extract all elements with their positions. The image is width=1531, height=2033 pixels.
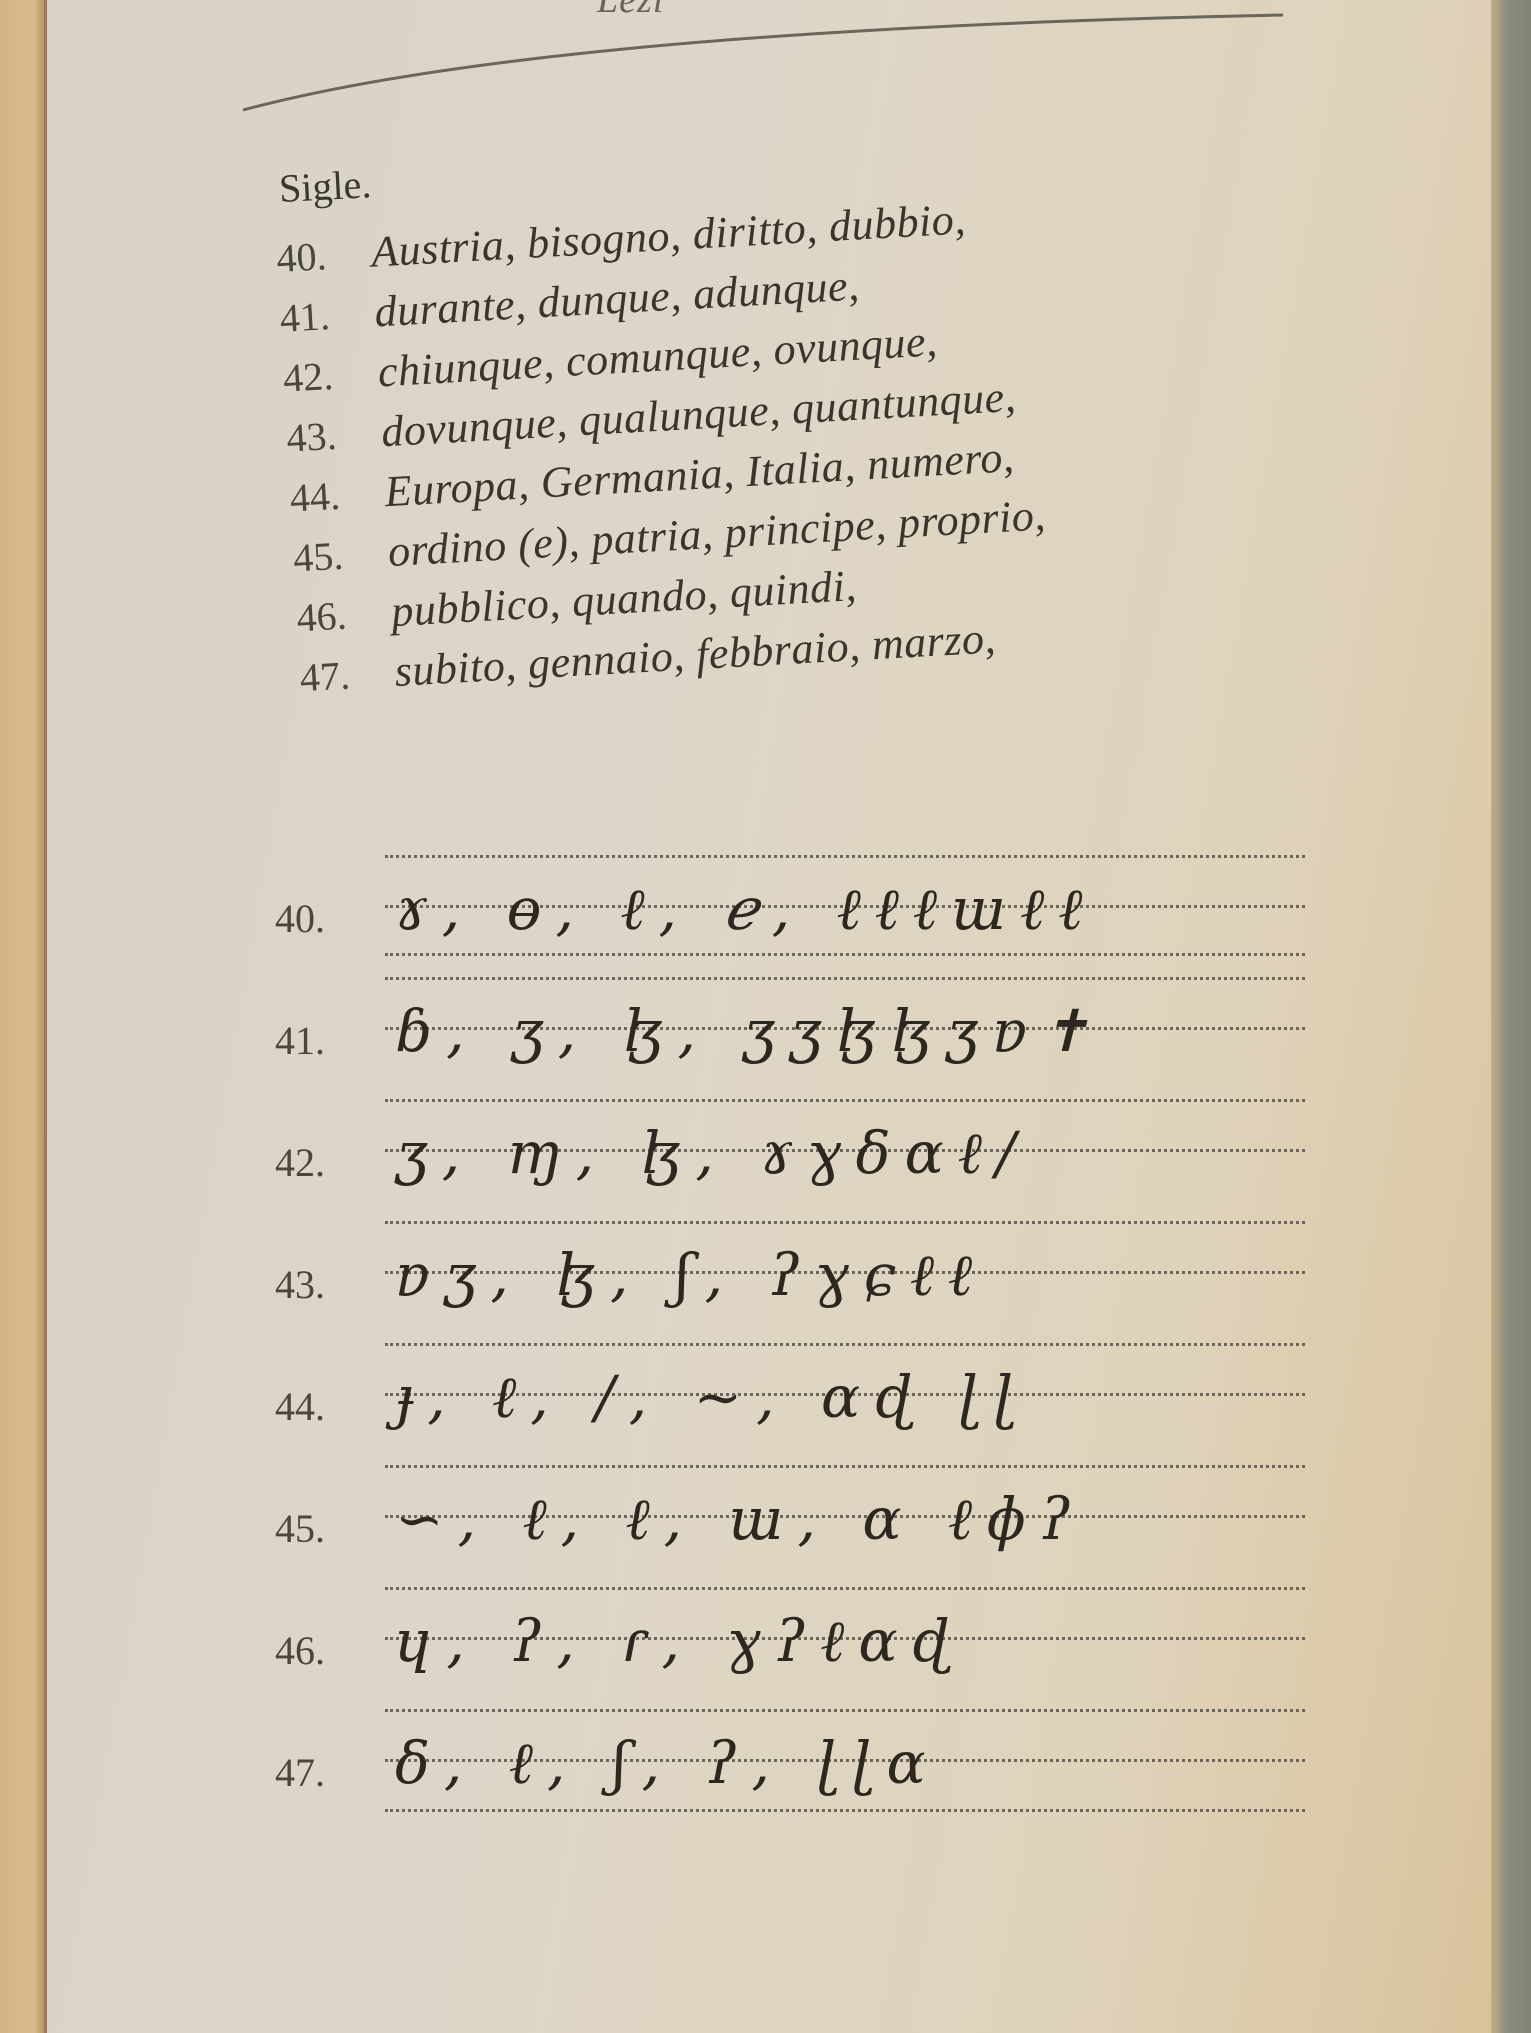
dotted-guide-line	[385, 1709, 1305, 1712]
dotted-guide-line	[385, 1465, 1305, 1468]
row-number: 47.	[275, 1749, 325, 1796]
dotted-guide-line	[385, 1221, 1305, 1224]
book-page: Lezi Sigle. 40.Austria, bisogno, diritto…	[44, 0, 1507, 2033]
handwritten-shorthand: ∽, ℓ, ℓ, ɯ, ɑ ℓɸʔ	[395, 1485, 1085, 1553]
row-number: 43.	[275, 1261, 325, 1308]
dotted-guide-line	[385, 977, 1305, 980]
item-number: 46.	[295, 589, 392, 641]
item-number: 41.	[279, 290, 376, 342]
item-number: 47.	[299, 649, 396, 701]
exercise-row: 41. ɓ, ʒ, ɮ, ʒʒɮɮʒɐ✝	[275, 977, 1335, 1099]
printed-word-list: 40.Austria, bisogno, diritto, dubbio, 41…	[275, 190, 1054, 711]
section-title: Sigle.	[278, 160, 373, 212]
dotted-guide-line	[385, 953, 1305, 956]
item-number: 45.	[292, 529, 389, 581]
row-number: 46.	[275, 1627, 325, 1674]
exercise-row: 47. δ, ℓ, ʃ, ʔ, ɭɭɑ	[275, 1709, 1335, 1831]
exercise-row: 42. ʒ, ɱ, ɮ, ɤɣδɑℓ/	[275, 1099, 1335, 1221]
row-number: 41.	[275, 1017, 325, 1064]
exercise-row: 40. ɤ, ɵ, ℓ, ℯ, ℓℓℓɯℓℓ	[275, 855, 1335, 977]
handwritten-shorthand: ʒ, ɱ, ɮ, ɤɣδɑℓ/	[395, 1119, 1029, 1187]
item-number: 44.	[289, 469, 386, 521]
row-number: 45.	[275, 1505, 325, 1552]
facing-page-edge	[0, 0, 48, 2033]
exercise-row: 46. ɥ, ʔ, ɾ, ɣʔℓɑɖ	[275, 1587, 1335, 1709]
handwritten-shorthand: ɐʒ, ɮ, ʃ, ʔɣɕℓℓ	[395, 1241, 986, 1309]
item-number: 40.	[275, 230, 372, 282]
dotted-guide-line	[385, 1587, 1305, 1590]
row-number: 42.	[275, 1139, 325, 1186]
dotted-guide-line	[385, 855, 1305, 858]
exercise-row: 45. ∽, ℓ, ℓ, ɯ, ɑ ℓɸʔ	[275, 1465, 1335, 1587]
dotted-guide-line	[385, 1809, 1305, 1812]
handwritten-shorthand: ɥ, ʔ, ɾ, ɣʔℓɑɖ	[395, 1607, 963, 1675]
exercise-row: 43. ɐʒ, ɮ, ʃ, ʔɣɕℓℓ	[275, 1221, 1335, 1343]
row-number: 40.	[275, 895, 325, 942]
handwritten-shorthand: δ, ℓ, ʃ, ʔ, ɭɭɑ	[395, 1729, 940, 1797]
exercise-row: 44. ɟ, ℓ, /, ∼, ɑɖ ɭɭ	[275, 1343, 1335, 1465]
shorthand-exercise: 40. ɤ, ɵ, ℓ, ℯ, ℓℓℓɯℓℓ 41. ɓ, ʒ, ɮ, ʒʒɮɮ…	[275, 855, 1335, 1831]
dotted-guide-line	[385, 1099, 1305, 1102]
row-number: 44.	[275, 1383, 325, 1430]
page-shadow	[1491, 0, 1531, 2033]
handwritten-shorthand: ɟ, ℓ, /, ∼, ɑɖ ɭɭ	[395, 1363, 1028, 1431]
header-rule	[243, 10, 1283, 120]
item-number: 42.	[282, 350, 379, 402]
handwritten-shorthand: ɓ, ʒ, ɮ, ʒʒɮɮʒɐ✝	[395, 997, 1103, 1065]
dotted-guide-line	[385, 1343, 1305, 1346]
handwritten-shorthand: ɤ, ɵ, ℓ, ℯ, ℓℓℓɯℓℓ	[395, 875, 1096, 943]
item-number: 43.	[285, 409, 382, 461]
